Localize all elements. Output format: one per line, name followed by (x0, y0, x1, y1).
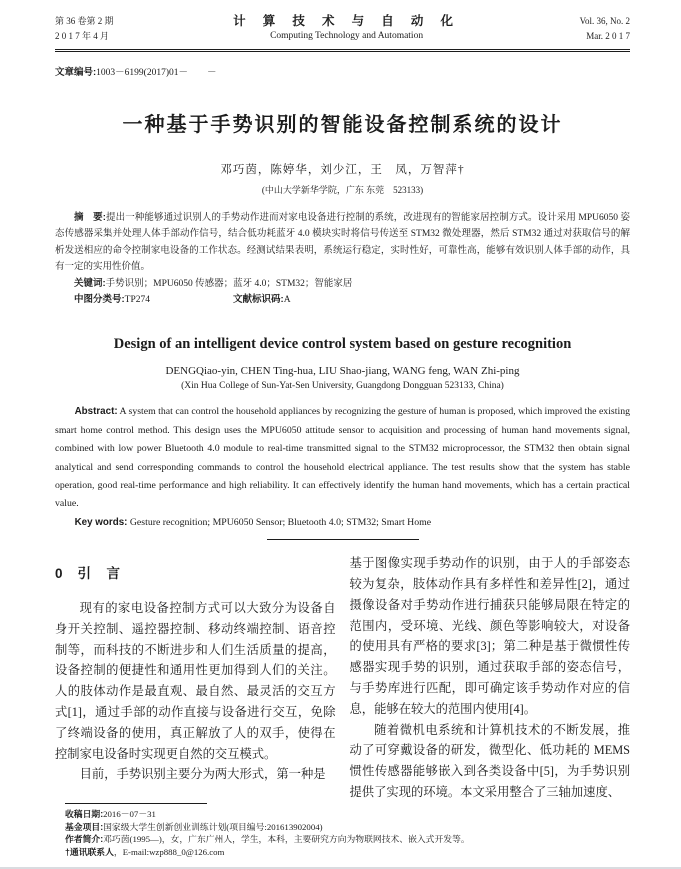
masthead-volume-block: Vol. 36, No. 2 Mar. 2 0 1 7 (580, 14, 630, 44)
doc-code-value: A (284, 295, 291, 305)
article-number-line: 文章编号:1003－6199(2017)01－ － (55, 64, 630, 78)
abstract-en: Abstract: A system that can control the … (55, 403, 630, 513)
body-columns: 0引 言 现有的家电设备控制方式可以大致分为设备自身开关控制、遥控器控制、移动终… (55, 553, 630, 803)
footnote-fund-label: 基金项目: (65, 822, 103, 832)
footnote-bio: 作者简介:邓巧茵(1995—)，女，广东广州人，学生，本科，主要研究方向为物联网… (55, 833, 630, 846)
abstract-cn-label: 摘 要: (74, 212, 106, 223)
doc-code-label: 文献标识码: (233, 294, 284, 305)
paper-title-en: Design of an intelligent device control … (55, 336, 630, 353)
date-en: Mar. 2 0 1 7 (580, 29, 630, 44)
keywords-en: Key words: Gesture recognition; MPU6050 … (55, 514, 630, 532)
footnote-contact: †通讯联系人，E-mail:wzp888_0@126.com (55, 846, 630, 859)
authors-cn: 邓巧茵，陈婷华，刘少江，王 凤，万智萍† (55, 161, 630, 177)
doc-code-pair: 文献标识码:A (214, 292, 291, 308)
body-paragraph: 目前，手势识别主要分为两大形式，第一种是 (55, 764, 336, 785)
body-column-right: 基于图像实现手势动作的识别，由于人的手部姿态较为复杂，肢体动作具有多样性和差异性… (350, 553, 631, 803)
issue-cn: 第 36 卷第 2 期 (55, 14, 114, 29)
clc-gap (150, 292, 214, 308)
footnote-received: 收稿日期:2016－07－31 (55, 808, 630, 821)
date-cn: 2 0 1 7 年 4 月 (55, 29, 114, 44)
body-column-left: 0引 言 现有的家电设备控制方式可以大致分为设备自身开关控制、遥控器控制、移动终… (55, 553, 336, 803)
abstract-en-text: A system that can control the household … (55, 406, 630, 509)
keywords-en-label: Key words: (75, 517, 128, 528)
masthead-issue-block: 第 36 卷第 2 期 2 0 1 7 年 4 月 (55, 14, 114, 44)
footnote-divider (65, 803, 207, 804)
footnote-fund: 基金项目:国家级大学生创新创业训练计划(项目编号:201613902004) (55, 821, 630, 834)
section-heading-intro: 0引 言 (55, 564, 336, 585)
footnote-received-text: 2016－07－31 (103, 809, 156, 819)
classification-line: 中图分类号:TP274 文献标识码:A (55, 292, 630, 308)
journal-masthead: 第 36 卷第 2 期 2 0 1 7 年 4 月 计 算 技 术 与 自 动 … (55, 14, 630, 44)
clc-pair: 中图分类号:TP274 (55, 292, 150, 308)
article-number-value: 1003－6199(2017)01－ － (96, 68, 216, 78)
section-divider (267, 539, 419, 540)
article-number-label: 文章编号: (55, 67, 96, 78)
abstract-cn-text: 提出一种能够通过识别人的手势动作进而对家电设备进行控制的系统，改进现有的智能家居… (55, 213, 630, 272)
footnote-area: 收稿日期:2016－07－31 基金项目:国家级大学生创新创业训练计划(项目编号… (55, 803, 630, 859)
footnote-contact-text: ，E-mail:wzp888_0@126.com (114, 847, 224, 857)
footnote-bio-label: 作者简介: (65, 834, 103, 844)
abstract-en-label: Abstract: (75, 406, 118, 417)
footnote-fund-text: 国家级大学生创新创业训练计划(项目编号:201613902004) (103, 822, 322, 832)
masthead-journal-block: 计 算 技 术 与 自 动 化 Computing Technology and… (114, 14, 580, 44)
body-paragraph: 现有的家电设备控制方式可以大致分为设备自身开关控制、遥控器控制、移动终端控制、语… (55, 598, 336, 764)
paper-title-cn: 一种基于手势识别的智能设备控制系统的设计 (55, 108, 630, 137)
keywords-cn-text: 手势识别；MPU6050 传感器；蓝牙 4.0；STM32；智能家居 (106, 279, 353, 289)
paper-page: 第 36 卷第 2 期 2 0 1 7 年 4 月 计 算 技 术 与 自 动 … (0, 0, 681, 869)
footnote-contact-label: †通讯联系人 (65, 847, 114, 857)
footnote-received-label: 收稿日期: (65, 809, 103, 819)
volume-en: Vol. 36, No. 2 (580, 14, 630, 29)
keywords-cn-label: 关键词: (74, 278, 106, 289)
section-number: 0 (55, 566, 64, 581)
footnote-bio-text: 邓巧茵(1995—)，女，广东广州人，学生，本科，主要研究方向为物联网技术、嵌入… (103, 834, 470, 844)
clc-value: TP274 (125, 295, 150, 305)
journal-title-cn: 计 算 技 术 与 自 动 化 (114, 14, 580, 29)
clc-label: 中图分类号: (74, 294, 125, 305)
masthead-divider (55, 49, 630, 52)
section-title: 引 言 (78, 566, 122, 581)
keywords-en-text: Gesture recognition; MPU6050 Sensor; Blu… (130, 517, 431, 528)
keywords-cn: 关键词:手势识别；MPU6050 传感器；蓝牙 4.0；STM32；智能家居 (55, 276, 630, 292)
authors-en: DENGQiao-yin, CHEN Ting-hua, LIU Shao-ji… (55, 365, 630, 377)
body-paragraph: 基于图像实现手势动作的识别，由于人的手部姿态较为复杂，肢体动作具有多样性和差异性… (350, 553, 631, 719)
abstract-cn: 摘 要:提出一种能够通过识别人的手势动作进而对家电设备进行控制的系统，改进现有的… (55, 210, 630, 276)
affiliation-en: (Xin Hua College of Sun-Yat-Sen Universi… (55, 381, 630, 391)
journal-title-en: Computing Technology and Automation (114, 29, 580, 44)
body-paragraph: 随着微机电系统和计算机技术的不断发展，推动了可穿戴设备的研发，微型化、低功耗的 … (350, 720, 631, 803)
affiliation-cn: (中山大学新华学院，广东 东莞 523133) (55, 183, 630, 196)
